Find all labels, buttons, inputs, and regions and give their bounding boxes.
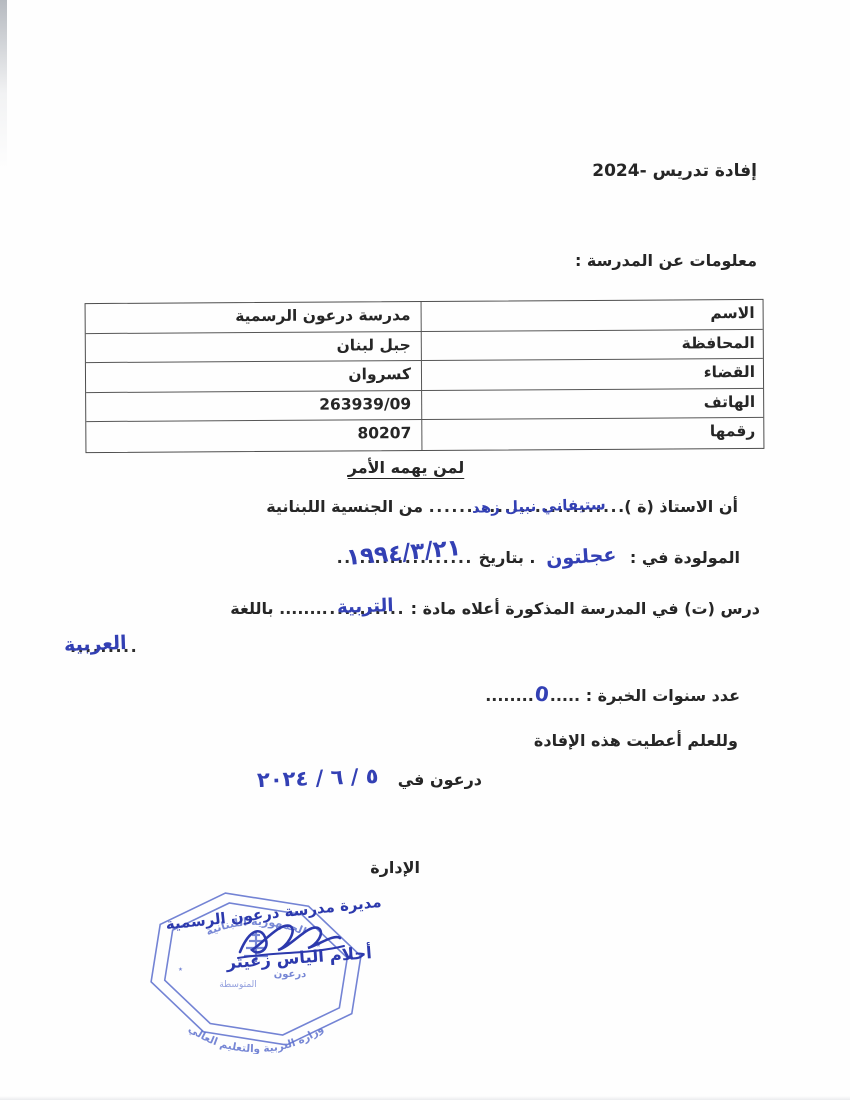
dotted-line: ....... xyxy=(279,599,322,618)
table-row: رقمها 80207 xyxy=(86,418,763,452)
scanned-document-page: إفادة تدريس -2024 معلومات عن المدرسة : ا… xyxy=(0,0,850,1100)
subject-line-suffix: باللغة xyxy=(230,599,273,618)
dotted-line: ..... xyxy=(550,686,580,705)
place-date-line: درعون في ٥ / ٦ / ٢٠٢٤ xyxy=(257,766,482,790)
row-label-number: رقمها xyxy=(421,418,763,450)
administration-label: الإدارة xyxy=(370,858,420,877)
row-value-governorate: جبل لبنان xyxy=(86,332,421,363)
row-label-governorate: المحافظة xyxy=(421,330,763,361)
row-label-name: الاسم xyxy=(421,300,763,331)
handwritten-teacher-name: ستيفاني نبيل زهد xyxy=(472,495,606,516)
born-line-middle: . بتاريخ xyxy=(479,548,536,567)
experience-line: عدد سنوات الخبرة : .....0........ xyxy=(485,682,740,706)
language-field: .........العربية xyxy=(70,637,138,656)
experience-label: عدد سنوات الخبرة : xyxy=(580,686,740,705)
subject-line-prefix: درس (ت) في المدرسة المذكورة أعلاه مادة : xyxy=(411,599,760,618)
table-row: الهاتف 263939/09 xyxy=(86,389,763,423)
subject-line: درس (ت) في المدرسة المذكورة أعلاه مادة :… xyxy=(230,599,760,618)
certificate-note-line: وللعلم أعطيت هذه الإفادة xyxy=(534,731,738,750)
table-row: القضاء كسروان xyxy=(86,359,763,393)
handwritten-language: العربية xyxy=(63,632,126,656)
row-label-phone: الهاتف xyxy=(421,389,763,420)
handwritten-experience-value: 0 xyxy=(534,681,550,706)
row-label-district: القضاء xyxy=(421,359,763,390)
teacher-name-field: .........................ستيفاني نبيل زه… xyxy=(429,497,618,516)
dotted-line: ........ xyxy=(485,686,534,705)
scan-edge-artifact xyxy=(0,0,7,170)
row-value-district: كسروان xyxy=(86,361,421,392)
row-value-name: مدرسة درعون الرسمية xyxy=(86,302,421,333)
teacher-name-line: أن الاستاذ (ة ).........................… xyxy=(266,497,738,516)
handwritten-subject: التربية xyxy=(336,595,393,618)
scan-edge-artifact-bottom xyxy=(0,1096,850,1100)
table-row: الاسم مدرسة درعون الرسمية xyxy=(86,300,763,334)
subject-field: ...........التربية xyxy=(322,599,405,618)
school-info-heading: معلومات عن المدرسة : xyxy=(575,251,757,270)
stamp-arc-bottom-text: وزارة التربية والتعليم العالي xyxy=(186,1023,326,1054)
teacher-line-prefix: أن الاستاذ (ة ). xyxy=(618,497,738,516)
to-whom-heading: لمن يهمه الأمر xyxy=(292,458,520,477)
handwritten-issue-date: ٥ / ٦ / ٢٠٢٤ xyxy=(256,764,378,792)
row-value-number: 80207 xyxy=(86,420,421,452)
stamp-school-level: المتوسطة xyxy=(219,980,257,990)
document-title: إفادة تدريس -2024 xyxy=(592,161,757,181)
row-value-phone: 263939/09 xyxy=(86,391,421,422)
born-line-prefix: المولودة في : xyxy=(630,548,740,567)
language-line: .........العربية xyxy=(70,637,138,656)
stamp-school-name: درعون xyxy=(274,969,307,980)
birth-date-field: ..................١٩٩٤/٣/٢١ xyxy=(337,548,473,567)
handwritten-birth-place: عجلتون xyxy=(545,544,617,571)
place-date-prefix: درعون في xyxy=(398,770,482,789)
birth-line: المولودة في :عجلتون. بتاريخ ............… xyxy=(337,546,740,567)
school-info-table: الاسم مدرسة درعون الرسمية المحافظة جبل ل… xyxy=(85,299,765,453)
teacher-line-suffix: من الجنسية اللبنانية xyxy=(266,497,423,516)
table-row: المحافظة جبل لبنان xyxy=(86,330,763,364)
